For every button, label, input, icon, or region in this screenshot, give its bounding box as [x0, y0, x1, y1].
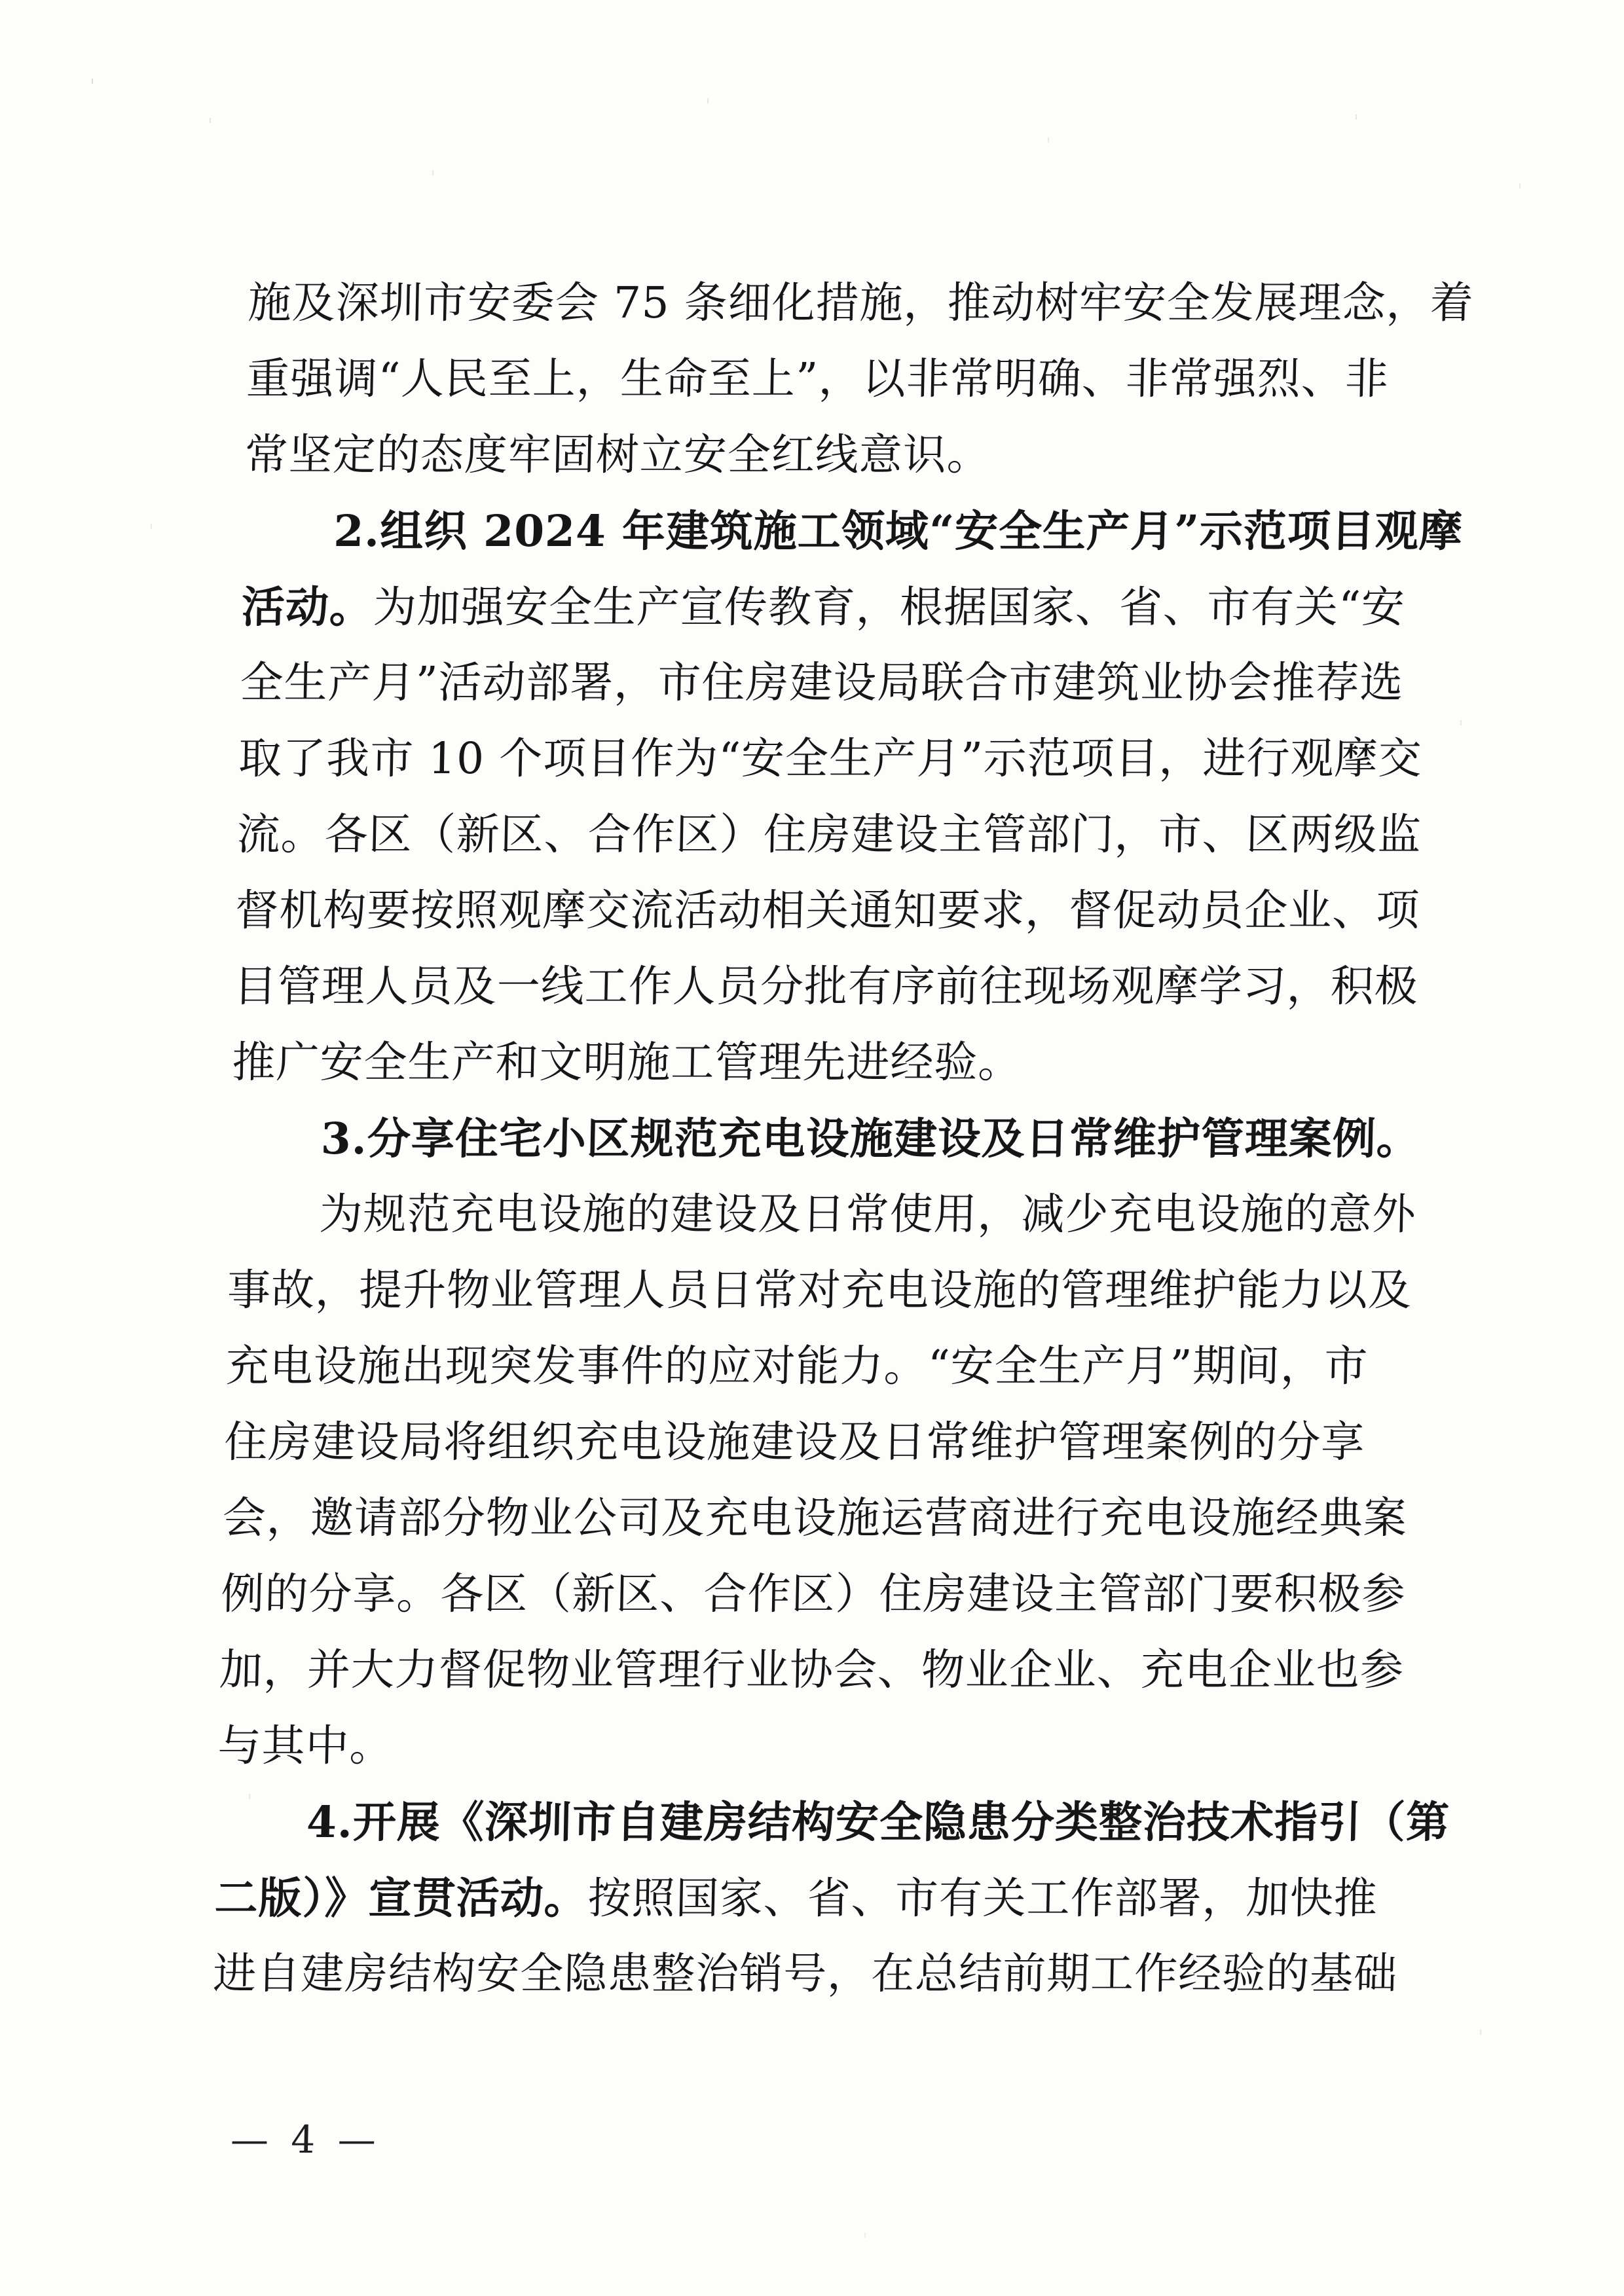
text-segment-bold: 活动。	[241, 581, 374, 632]
text-line: 全生产月”活动部署，市住房建设局联合市建筑业协会推荐选	[239, 645, 1433, 721]
text-segment: 取了我市 10 个项目作为“安全生产月”示范项目，进行观摩交	[238, 733, 1422, 784]
text-line: 施及深圳市安委会 75 条细化措施，推动树牢安全发展理念，着	[248, 265, 1442, 341]
text-line: 事故，提升物业管理人员日常对充电设施的管理维护能力以及	[227, 1252, 1421, 1328]
document-page: 施及深圳市安委会 75 条细化措施，推动树牢安全发展理念，着重强调“人民至上，生…	[0, 0, 1624, 2296]
text-segment: 按照国家、省、市有关工作部署，加快推	[587, 1873, 1378, 1923]
text-line: 例的分享。各区（新区、合作区）住房建设主管部门要积极参	[220, 1556, 1414, 1632]
text-segment: 例的分享。各区（新区、合作区）住房建设主管部门要积极参	[221, 1569, 1407, 1619]
text-line: 取了我市 10 个项目作为“安全生产月”示范项目，进行观摩交	[238, 721, 1432, 797]
text-segment-bold: 2.组织 2024 年建筑施工领域“安全生产月”示范项目观摩	[333, 505, 1464, 556]
text-line: 会，邀请部分物业公司及充电设施运营商进行充电设施经典案	[222, 1480, 1416, 1556]
text-segment-bold: 4.开展《深圳市自建房结构安全隐患分类整治技术指引（第	[306, 1796, 1450, 1848]
text-line: 为规范充电设施的建设及日常使用，减少充电设施的意外	[228, 1176, 1422, 1252]
text-line: 目管理人员及一线工作人员分批有序前往现场观摩学习，积极	[233, 949, 1428, 1025]
text-segment: 为规范充电设施的建设及日常使用，减少充电设施的意外	[319, 1189, 1417, 1239]
text-segment: 流。各区（新区、合作区）住房建设主管部门，市、区两级监	[236, 809, 1422, 860]
text-segment: 与其中。	[217, 1721, 394, 1771]
text-segment: 目管理人员及一线工作人员分批有序前往现场观摩学习，积极	[233, 961, 1419, 1011]
text-segment: 推广安全生产和文明施工管理先进经验。	[232, 1037, 1023, 1087]
scan-noise-speckles	[92, 79, 93, 84]
text-line: 进自建房结构安全隐患整治销号，在总结前期工作经验的基础	[212, 1936, 1407, 2012]
text-segment: 常坚定的态度牢固树立安全红线意识。	[244, 429, 991, 480]
document-body: 施及深圳市安委会 75 条细化措施，推动树牢安全发展理念，着重强调“人民至上，生…	[212, 265, 1442, 2012]
text-line: 推广安全生产和文明施工管理先进经验。	[231, 1025, 1426, 1101]
text-line: 4.开展《深圳市自建房结构安全隐患分类整治技术指引（第	[215, 1784, 1410, 1860]
text-line: 3.分享住宅小区规范充电设施建设及日常维护管理案例。	[230, 1101, 1424, 1176]
text-line: 住房建设局将组织充电设施建设及日常维护管理案例的分享	[223, 1404, 1418, 1480]
text-line: 2.组织 2024 年建筑施工领域“安全生产月”示范项目观摩	[242, 493, 1437, 569]
text-line: 加，并大力督促物业管理行业协会、物业企业、充电企业也参	[219, 1632, 1413, 1708]
text-segment: 重强调“人民至上，生命至上”，以非常明确、非常强烈、非	[246, 354, 1390, 404]
text-segment: 全生产月”活动部署，市住房建设局联合市建筑业协会推荐选	[240, 657, 1404, 708]
page-number: — 4 —	[230, 2116, 381, 2163]
text-line: 充电设施出现突发事件的应对能力。“安全生产月”期间，市	[225, 1328, 1419, 1404]
text-segment: 事故，提升物业管理人员日常对充电设施的管理维护能力以及	[227, 1265, 1412, 1315]
text-line: 督机构要按照观摩交流活动相关通知要求，督促动员企业、项	[234, 873, 1429, 949]
text-segment: 充电设施出现突发事件的应对能力。“安全生产月”期间，市	[225, 1341, 1369, 1391]
text-line: 与其中。	[217, 1708, 1411, 1784]
text-segment: 住房建设局将组织充电设施建设及日常维护管理案例的分享	[223, 1417, 1365, 1467]
text-segment-bold: 3.分享住宅小区规范充电设施建设及日常维护管理案例。	[320, 1113, 1421, 1164]
text-segment: 施及深圳市安委会 75 条细化措施，推动树牢安全发展理念，着	[248, 278, 1475, 328]
text-line: 常坚定的态度牢固树立安全红线意识。	[244, 417, 1439, 493]
text-segment: 加，并大力督促物业管理行业协会、物业企业、充电企业也参	[219, 1645, 1405, 1695]
text-line: 流。各区（新区、合作区）住房建设主管部门，市、区两级监	[236, 797, 1431, 873]
text-line: 活动。为加强安全生产宣传教育，根据国家、省、市有关“安	[241, 569, 1435, 645]
text-segment: 为加强安全生产宣传教育，根据国家、省、市有关“安	[373, 582, 1405, 632]
text-segment-bold: 二版）》宣贯活动。	[214, 1872, 589, 1923]
text-segment: 督机构要按照观摩交流活动相关通知要求，督促动员企业、项	[234, 885, 1420, 936]
text-line: 重强调“人民至上，生命至上”，以非常明确、非常强烈、非	[246, 341, 1440, 417]
text-segment: 进自建房结构安全隐患整治销号，在总结前期工作经验的基础	[212, 1948, 1398, 1999]
text-line: 二版）》宣贯活动。按照国家、省、市有关工作部署，加快推	[213, 1860, 1408, 1936]
text-segment: 会，邀请部分物业公司及充电设施运营商进行充电设施经典案	[222, 1493, 1408, 1543]
